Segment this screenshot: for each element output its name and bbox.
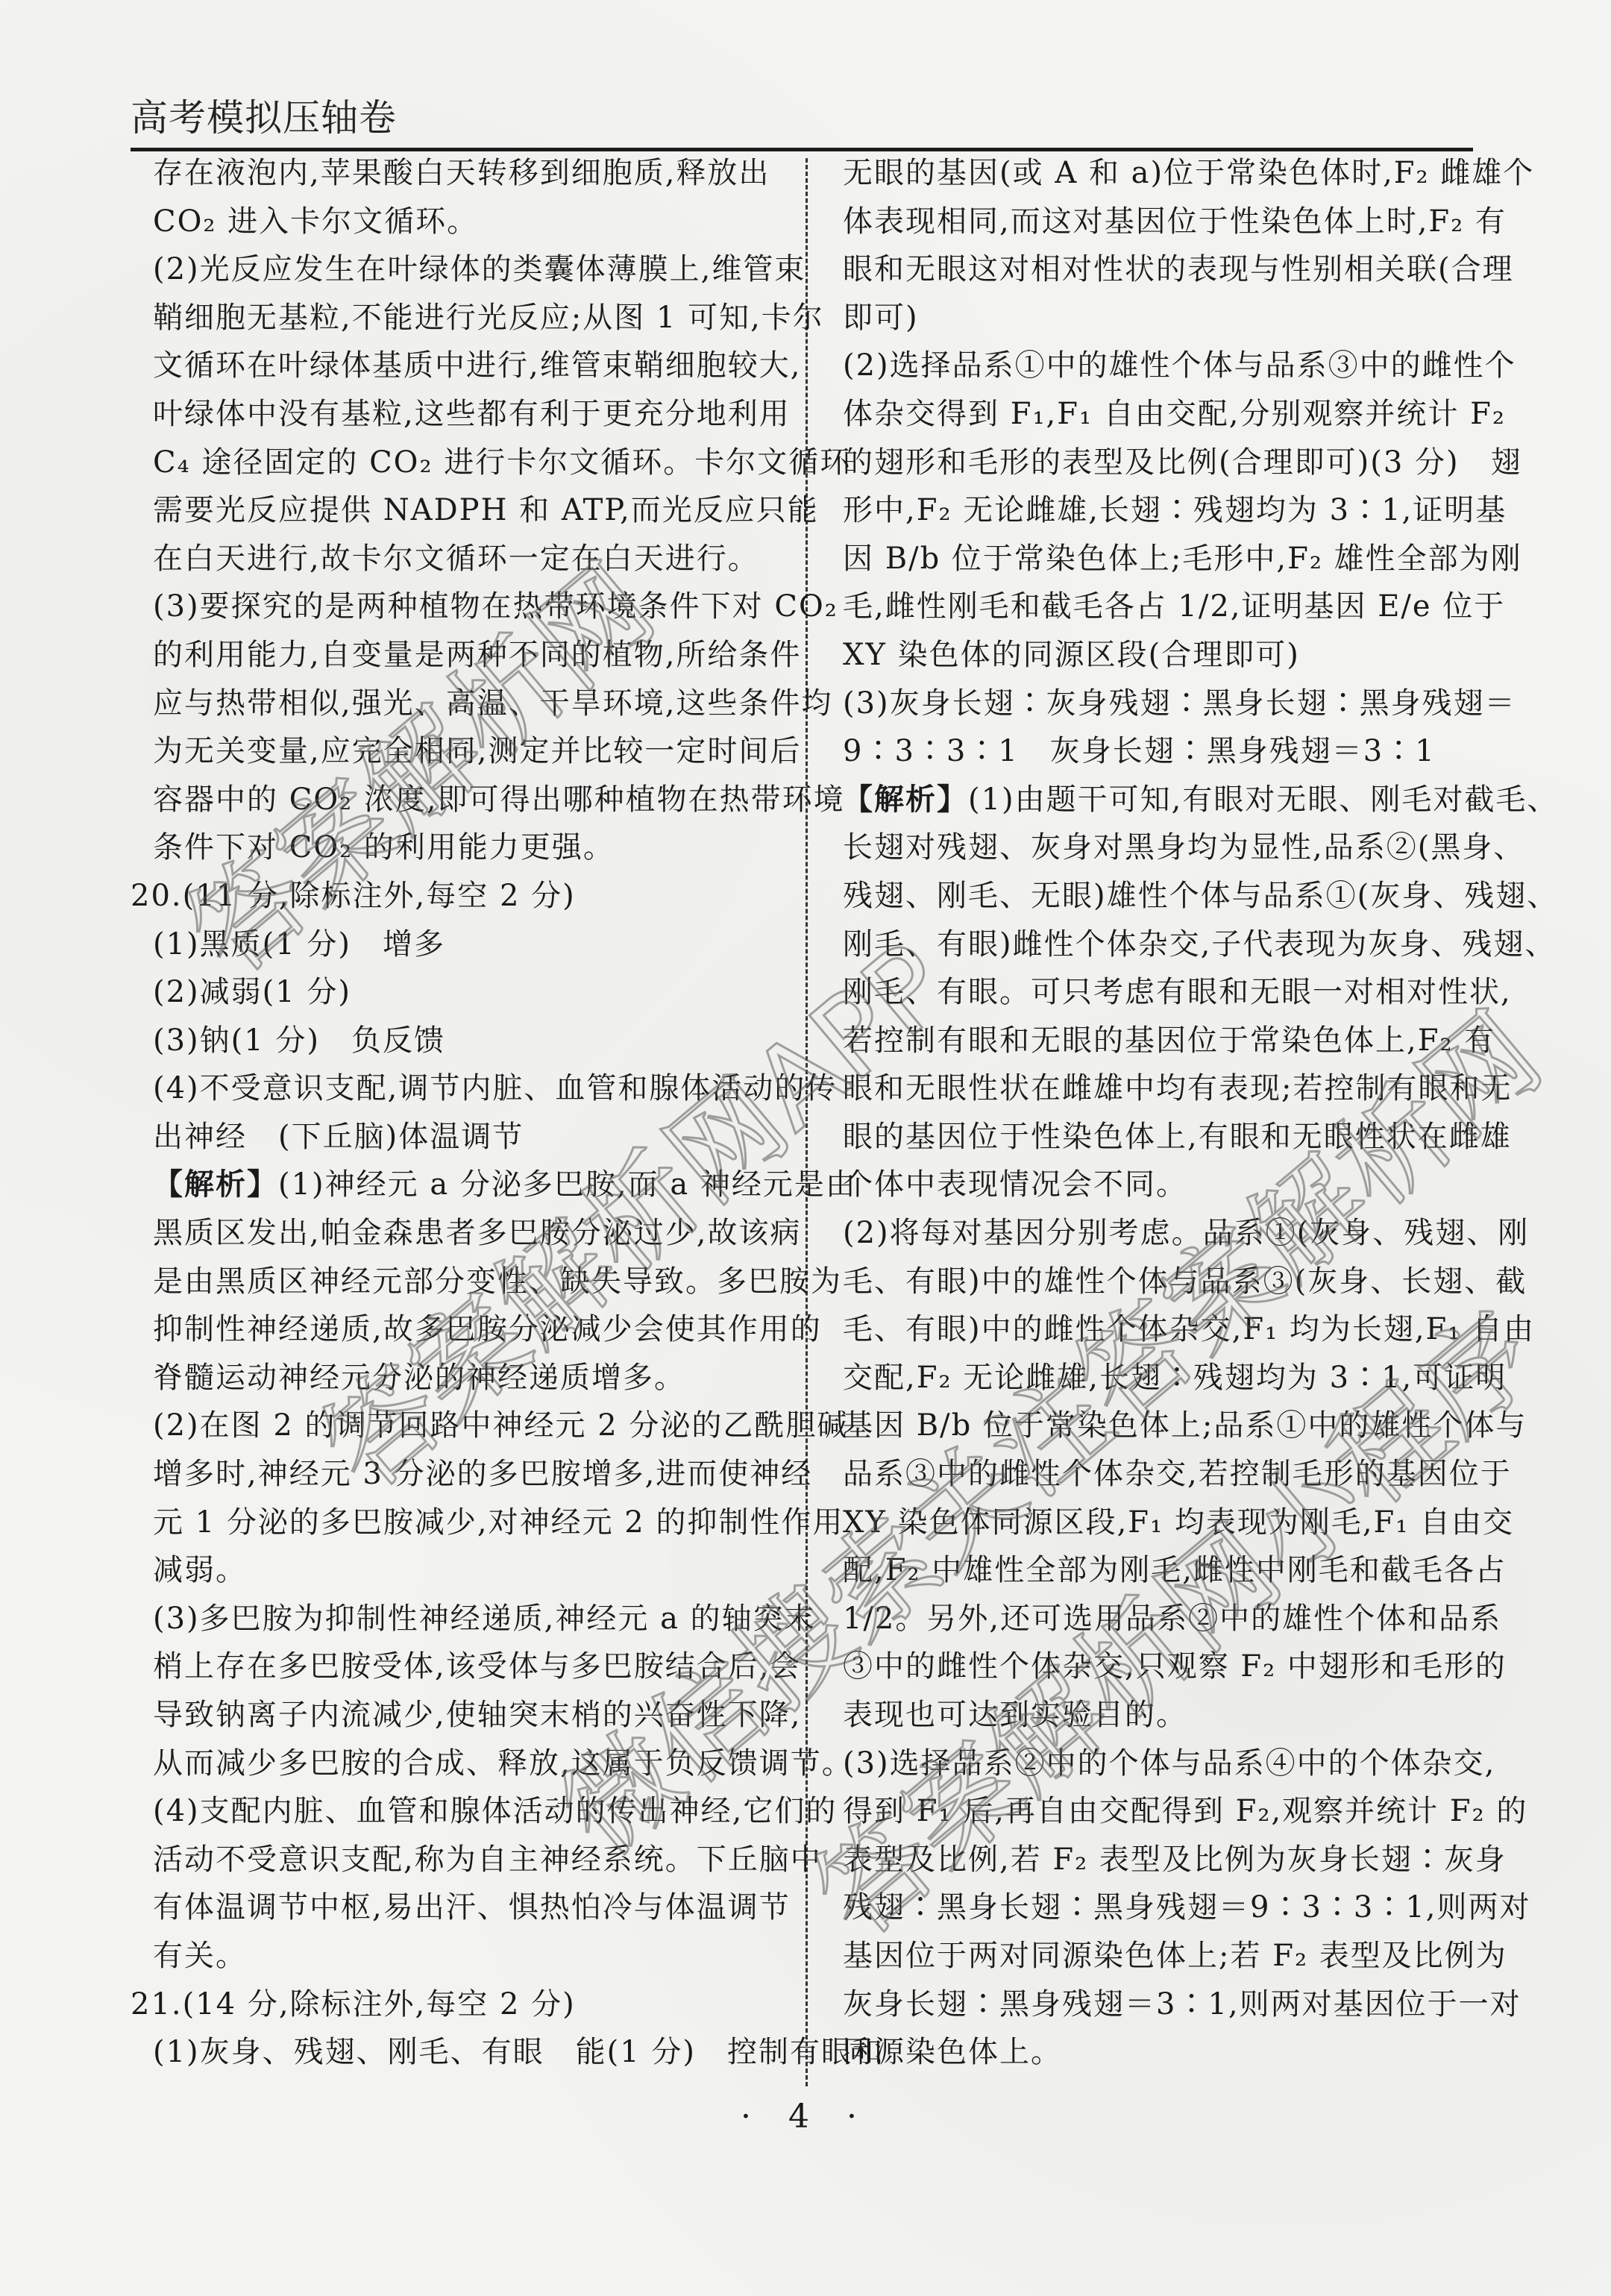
- text-line: ③中的雌性个体杂交,只观察 F₂ 中翅形和毛形的: [843, 1643, 1477, 1691]
- text-line: XY 染色体同源区段,F₁ 均表现为刚毛,F₁ 自由交: [843, 1499, 1477, 1547]
- text-line: 从而减少多巴胺的合成、释放,这属于负反馈调节。: [131, 1740, 802, 1788]
- text-line: (4)支配内脏、血管和腺体活动的传出神经,它们的: [131, 1787, 802, 1836]
- text-line: 容器中的 CO₂ 浓度,即可得出哪种植物在热带环境: [131, 776, 802, 824]
- analysis-line: 【解析】(1)由题干可知,有眼对无眼、刚毛对截毛、: [843, 776, 1477, 824]
- page-number: · 4 ·: [0, 2098, 1611, 2136]
- text-line: 交配,F₂ 无论雌雄,长翅∶残翅均为 3∶1,可证明: [843, 1354, 1477, 1402]
- text-line: 毛,雌性刚毛和截毛各占 1/2,证明基因 E/e 位于: [843, 583, 1477, 631]
- text-line: 元 1 分泌的多巴胺减少,对神经元 2 的抑制性作用: [131, 1499, 802, 1547]
- text-line: 灰身长翅∶黑身残翅＝3∶1,则两对基因位于一对: [843, 1980, 1477, 2029]
- text-line: (2)选择品系①中的雄性个体与品系③中的雌性个: [843, 342, 1477, 390]
- analysis-text: (1)由题干可知,有眼对无眼、刚毛对截毛、: [968, 782, 1558, 817]
- text-line: 体表现相同,而这对基因位于性染色体上时,F₂ 有: [843, 198, 1477, 246]
- text-line: 个体中表现情况会不同。: [843, 1161, 1477, 1209]
- header-title: 高考模拟压轴卷: [131, 88, 397, 142]
- text-line: 残翅、刚毛、无眼)雄性个体与品系①(灰身、残翅、: [843, 872, 1477, 920]
- text-line: 眼的基因位于性染色体上,有眼和无眼性状在雌雄: [843, 1113, 1477, 1161]
- text-line: 品系③中的雌性个体杂交,若控制毛形的基因位于: [843, 1450, 1477, 1499]
- answer-line: (2)减弱(1 分): [131, 968, 802, 1017]
- text-line: (3)多巴胺为抑制性神经递质,神经元 a 的轴突末: [131, 1595, 802, 1643]
- text-line: 表型及比例,若 F₂ 表型及比例为灰身长翅∶灰身: [843, 1836, 1477, 1884]
- text-line: 眼和无眼性状在雌雄中均有表现;若控制有眼和无: [843, 1064, 1477, 1113]
- right-column: 无眼的基因(或 A 和 a)位于常染色体时,F₂ 雌雄个 体表现相同,而这对基因…: [843, 149, 1477, 2077]
- text-line: 9∶3∶3∶1 灰身长翅∶黑身残翅＝3∶1: [843, 727, 1477, 776]
- text-line: 活动不受意识支配,称为自主神经系统。下丘脑中: [131, 1836, 802, 1884]
- text-line: 基因位于两对同源染色体上;若 F₂ 表型及比例为: [843, 1932, 1477, 1980]
- answer-line: 出神经 (下丘脑)体温调节: [131, 1113, 802, 1161]
- text-line: 毛、有眼)中的雄性个体与品系③(灰身、长翅、截: [843, 1258, 1477, 1306]
- text-line: (2)光反应发生在叶绿体的类囊体薄膜上,维管束: [131, 245, 802, 294]
- answer-line: (1)黑质(1 分) 增多: [131, 920, 802, 969]
- text-line: 是由黑质区神经元部分变性、缺失导致。多巴胺为: [131, 1258, 802, 1306]
- text-line: (3)要探究的是两种植物在热带环境条件下对 CO₂: [131, 583, 802, 631]
- text-line: 因 B/b 位于常染色体上;毛形中,F₂ 雄性全部为刚: [843, 535, 1477, 583]
- text-line: 的利用能力,自变量是两种不同的植物,所给条件: [131, 631, 802, 680]
- text-line: (3)选择品系②中的个体与品系④中的个体杂交,: [843, 1740, 1477, 1788]
- analysis-label: 【解析】: [843, 782, 968, 817]
- text-line: 配,F₂ 中雄性全部为刚毛,雌性中刚毛和截毛各占: [843, 1546, 1477, 1595]
- text-line: 导致钠离子内流减少,使轴突末梢的兴奋性下降,: [131, 1691, 802, 1740]
- answer-line: (1)灰身、残翅、刚毛、有眼 能(1 分) 控制有眼和: [131, 2028, 802, 2077]
- text-line: 无眼的基因(或 A 和 a)位于常染色体时,F₂ 雌雄个: [843, 149, 1477, 198]
- text-line: 应与热带相似,强光、高温、干旱环境,这些条件均: [131, 680, 802, 728]
- text-line: 形中,F₂ 无论雌雄,长翅∶残翅均为 3∶1,证明基: [843, 486, 1477, 535]
- text-line: 有关。: [131, 1932, 802, 1980]
- text-line: C₄ 途径固定的 CO₂ 进行卡尔文循环。卡尔文循环: [131, 439, 802, 487]
- text-line: 抑制性神经递质,故多巴胺分泌减少会使其作用的: [131, 1305, 802, 1354]
- text-line: (2)将每对基因分别考虑。品系①(灰身、残翅、刚: [843, 1209, 1477, 1258]
- left-column: 存在液泡内,苹果酸白天转移到细胞质,释放出 CO₂ 进入卡尔文循环。 (2)光反…: [131, 149, 802, 2077]
- text-line: CO₂ 进入卡尔文循环。: [131, 198, 802, 246]
- text-line: 若控制有眼和无眼的基因位于常染色体上,F₂ 有: [843, 1017, 1477, 1065]
- text-line: 刚毛、有眼。可只考虑有眼和无眼一对相对性状,: [843, 968, 1477, 1017]
- text-line: 有体温调节中枢,易出汗、惧热怕冷与体温调节: [131, 1883, 802, 1932]
- analysis-label: 【解析】: [153, 1167, 278, 1202]
- text-line: 需要光反应提供 NADPH 和 ATP,而光反应只能: [131, 486, 802, 535]
- analysis-text: (1)神经元 a 分泌多巴胺,而 a 神经元是由: [278, 1167, 857, 1202]
- text-line: 文循环在叶绿体基质中进行,维管束鞘细胞较大,: [131, 342, 802, 390]
- text-line: 鞘细胞无基粒,不能进行光反应;从图 1 可知,卡尔: [131, 294, 802, 342]
- text-line: 存在液泡内,苹果酸白天转移到细胞质,释放出: [131, 149, 802, 198]
- text-line: 梢上存在多巴胺受体,该受体与多巴胺结合后,会: [131, 1643, 802, 1691]
- text-line: 眼和无眼这对相对性状的表现与性别相关联(合理: [843, 245, 1477, 294]
- text-line: 脊髓运动神经元分泌的神经递质增多。: [131, 1354, 802, 1402]
- answer-line: (4)不受意识支配,调节内脏、血管和腺体活动的传: [131, 1064, 802, 1113]
- text-line: 条件下对 CO₂ 的利用能力更强。: [131, 824, 802, 872]
- text-line: 基因 B/b 位于常染色体上;品系①中的雄性个体与: [843, 1402, 1477, 1450]
- text-line: 即可): [843, 294, 1477, 342]
- question-20-heading: 20.(11 分,除标注外,每空 2 分): [131, 872, 802, 920]
- text-line: 的翅形和毛形的表型及比例(合理即可)(3 分) 翅: [843, 439, 1477, 487]
- text-line: 毛、有眼)中的雌性个体杂交,F₁ 均为长翅,F₁ 自由: [843, 1305, 1477, 1354]
- text-line: XY 染色体的同源区段(合理即可): [843, 631, 1477, 680]
- text-line: 1/2。另外,还可选用品系②中的雄性个体和品系: [843, 1595, 1477, 1643]
- text-line: 叶绿体中没有基粒,这些都有利于更充分地利用: [131, 390, 802, 439]
- text-line: 长翅对残翅、灰身对黑身均为显性,品系②(黑身、: [843, 824, 1477, 872]
- text-line: 增多时,神经元 3 分泌的多巴胺增多,进而使神经: [131, 1450, 802, 1499]
- text-line: (2)在图 2 的调节回路中神经元 2 分泌的乙酰胆碱: [131, 1402, 802, 1450]
- text-line: 黑质区发出,帕金森患者多巴胺分泌过少,故该病: [131, 1209, 802, 1258]
- text-line: 体杂交得到 F₁,F₁ 自由交配,分别观察并统计 F₂: [843, 390, 1477, 439]
- text-line: (3)灰身长翅∶灰身残翅∶黑身长翅∶黑身残翅＝: [843, 680, 1477, 728]
- text-line: 减弱。: [131, 1546, 802, 1595]
- question-21-heading: 21.(14 分,除标注外,每空 2 分): [131, 1980, 802, 2029]
- text-line: 得到 F₁ 后,再自由交配得到 F₂,观察并统计 F₂ 的: [843, 1787, 1477, 1836]
- text-line: 刚毛、有眼)雌性个体杂交,子代表现为灰身、残翅、: [843, 920, 1477, 969]
- answer-line: (3)钠(1 分) 负反馈: [131, 1017, 802, 1065]
- text-line: 同源染色体上。: [843, 2028, 1477, 2077]
- page-header: 高考模拟压轴卷: [131, 84, 1473, 151]
- text-line: 残翅∶黑身长翅∶黑身残翅＝9∶3∶3∶1,则两对: [843, 1883, 1477, 1932]
- text-line: 在白天进行,故卡尔文循环一定在白天进行。: [131, 535, 802, 583]
- text-line: 为无关变量,应完全相同,测定并比较一定时间后: [131, 727, 802, 776]
- analysis-line: 【解析】(1)神经元 a 分泌多巴胺,而 a 神经元是由: [131, 1161, 802, 1209]
- text-line: 表现也可达到实验目的。: [843, 1691, 1477, 1740]
